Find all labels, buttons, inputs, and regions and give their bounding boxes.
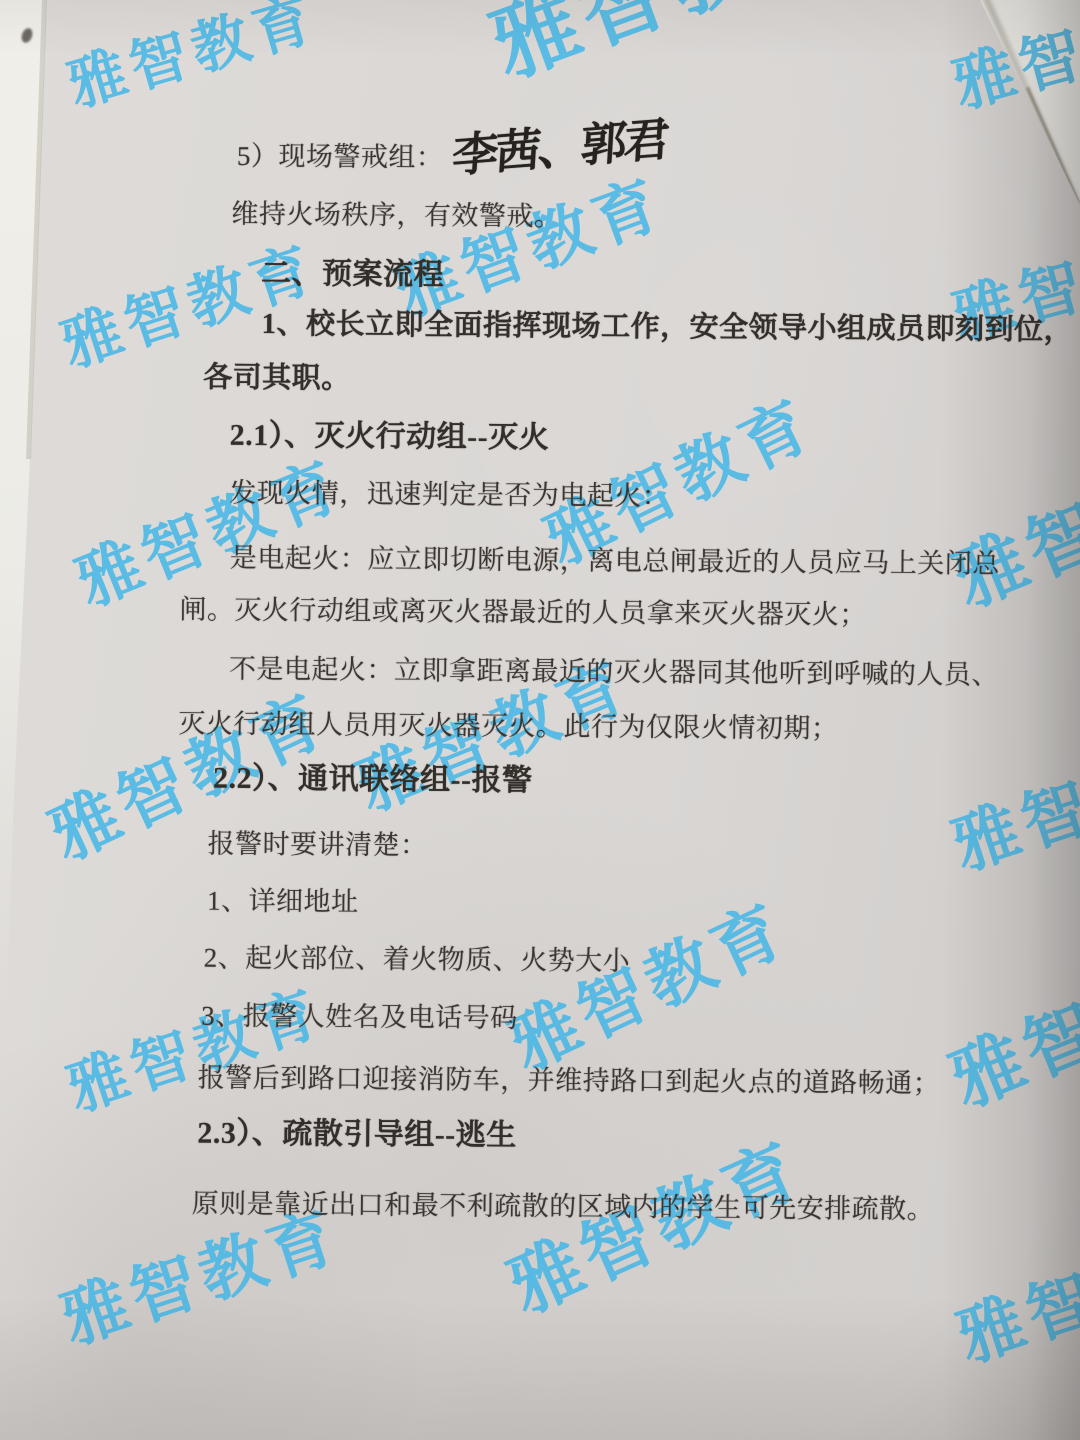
doc-line: 3、报警人姓名及电话号码 [201,997,976,1041]
doc-line: 灭火行动组人员用灭火器灭火。此行为仅限火情初期； [178,704,978,748]
doc-line: 发现火情，迅速判定是否为电起火： [229,474,980,518]
doc-line: 是电起火：应立即切断电源，离电总闸最近的人员应马上关闭总 [230,539,980,583]
doc-line: 维持火场秩序，有效警戒。 [231,195,982,239]
doc-line-label: 5）现场警戒组： [237,141,444,173]
section-heading: 2.3）、疏散引导组--逃生 [197,1115,975,1159]
section-heading: 2.1）、灭火行动组--灭火 [230,417,981,461]
doc-line: 不是电起火：立即拿距离最近的灭火器同其他听到呼喊的人员、 [229,650,979,694]
doc-line: 报警后到路口迎接消防车，并维持路口到起火点的道路畅通； [198,1059,976,1103]
watermark: 雅智教育 [54,1202,348,1354]
document-text: 5）现场警戒组：李茜、郭君 维持火场秩序，有效警戒。 二、预案流程 1、校长立即… [175,0,985,1229]
doc-line: 报警时要讲清楚： [207,825,977,869]
section-heading: 二、预案流程 [261,255,982,299]
doc-line: 2、起火部位、着火物质、火势大小 [204,939,977,983]
section-heading: 2.2）、通讯联络组--报警 [213,760,978,804]
doc-line: 1、详细地址 [207,882,977,926]
document-photo: 雅智教育 雅智教育 雅智教育 雅智教育 雅智教育 雅智教育 雅智教育 雅智教育 … [0,0,1080,1440]
doc-line: 5）现场警戒组：李茜、郭君 [237,131,983,181]
handwritten-names: 李茜、郭君 [451,121,668,176]
watermark: 雅智教育 [950,1220,1080,1372]
doc-line: 各司其职。 [203,359,981,403]
doc-line: 原则是靠近出口和最不利疏散的区域内的学生可先安排疏散。 [192,1185,975,1229]
doc-line: 闸。灭火行动组或离灭火器最近的人员拿来灭火器灭火； [179,590,979,634]
doc-line: 1、校长立即全面指挥现场工作，安全领导小组成员即刻到位， [261,305,981,349]
